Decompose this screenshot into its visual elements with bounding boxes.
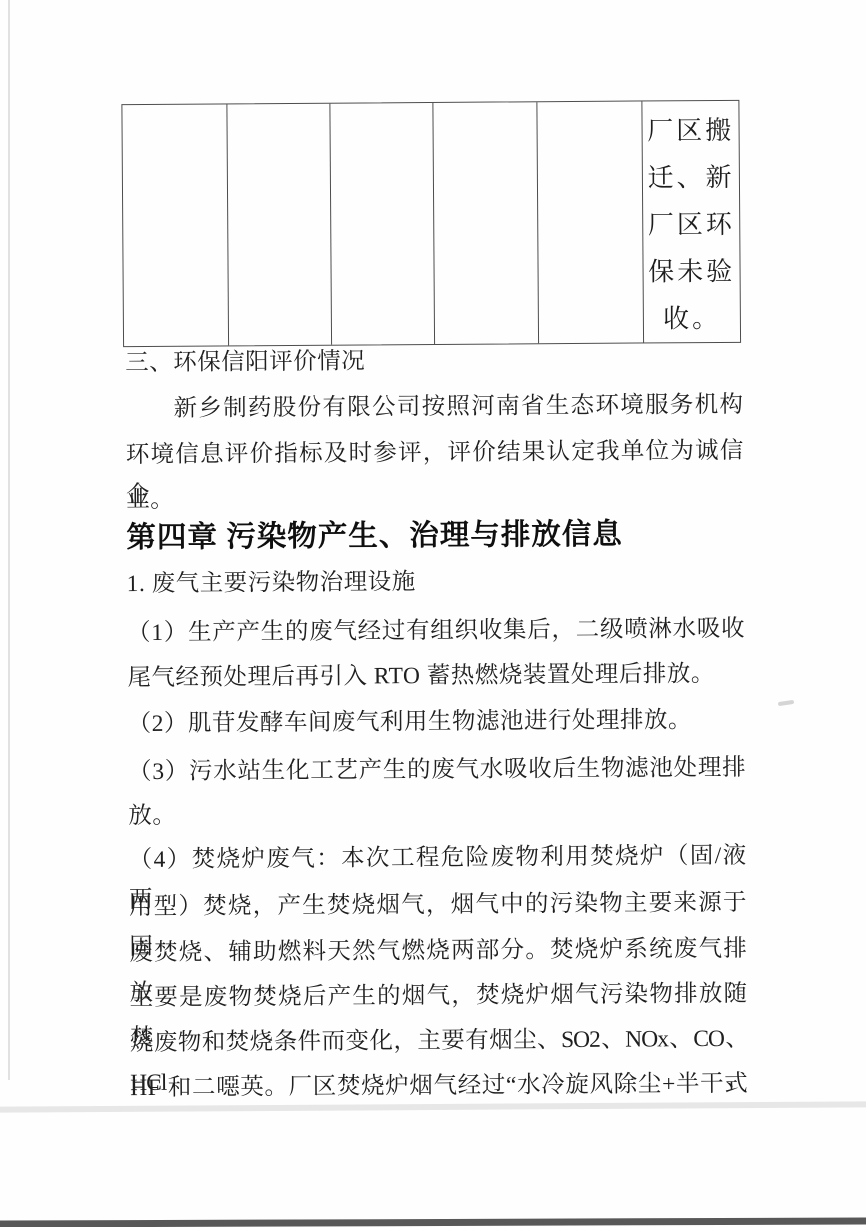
table-cell-line: 收。 [644, 295, 740, 343]
table-cell-text: 厂区搬 迁、新 厂区环 保未验 收。 [643, 101, 740, 343]
text-line: 烧废物和焚烧条件而变化，主要有烟尘、SO2、NOx、CO、HCl、 [130, 1019, 748, 1063]
table-cell-empty [227, 104, 332, 346]
table-cell-line: 厂区环 [643, 201, 739, 249]
document-table: 厂区搬 迁、新 厂区环 保未验 收。 [121, 100, 741, 347]
scanned-document-page: 厂区搬 迁、新 厂区环 保未验 收。 三、环保信阳评价情况 新乡制药股份有限公司… [0, 0, 866, 1227]
table-cell-empty [433, 102, 538, 344]
text-line: 新乡制药股份有限公司按照河南省生态环境服务机构 [125, 385, 743, 429]
table-cell-line: 厂区搬 [643, 107, 739, 155]
text-line: 尾气经预处理后再引入 RTO 蓄热燃烧装置处理后排放。 [127, 654, 745, 698]
text-line: 用型）焚烧，产生焚烧烟气，烟气中的污染物主要来源于固 [129, 883, 747, 927]
text-line: 放。 [128, 792, 746, 836]
text-line: （2）肌苷发酵车间废气利用生物滤池进行处理排放。 [128, 700, 746, 744]
table-cell-empty [537, 102, 644, 344]
table-cell-line: 迁、新 [643, 154, 739, 202]
table-cell-empty [331, 103, 435, 345]
text-line: 废焚烧、辅助燃料天然气燃烧两部分。焚烧炉系统废气排放 [129, 929, 747, 973]
scan-edge-line [8, 0, 10, 1080]
text-line: 环境信息评价指标及时参评，评价结果认定我单位为诚信企 [126, 431, 744, 475]
table-cell-line: 保未验 [644, 248, 740, 296]
text-line: （1）生产产生的废气经过有组织收集后，二级喷淋水吸收 [127, 609, 745, 653]
text-line: （4）焚烧炉废气：本次工程危险废物利用焚烧炉（固/液两 [129, 836, 747, 880]
page-content: 厂区搬 迁、新 厂区环 保未验 收。 三、环保信阳评价情况 新乡制药股份有限公司… [0, 0, 866, 1227]
text-line: （3）污水站生化工艺产生的废气水吸收后生物滤池处理排 [128, 748, 746, 792]
section-heading-credit-evaluation: 三、环保信阳评价情况 [125, 339, 743, 383]
text-line: 主要是废物焚烧后产生的烟气，焚烧炉烟气污染物排放随焚 [129, 974, 747, 1018]
list-item-heading: 1. 废气主要污染物治理设施 [127, 560, 745, 604]
chapter-heading: 第四章 污染物产生、治理与排放信息 [126, 514, 744, 558]
table-cell-remarks: 厂区搬 迁、新 厂区环 保未验 收。 [643, 101, 740, 343]
text-line: HF 和二噁英。厂区焚烧炉烟气经过“水冷旋风除尘+半干式 [130, 1064, 748, 1108]
table-cell-empty [122, 104, 228, 346]
